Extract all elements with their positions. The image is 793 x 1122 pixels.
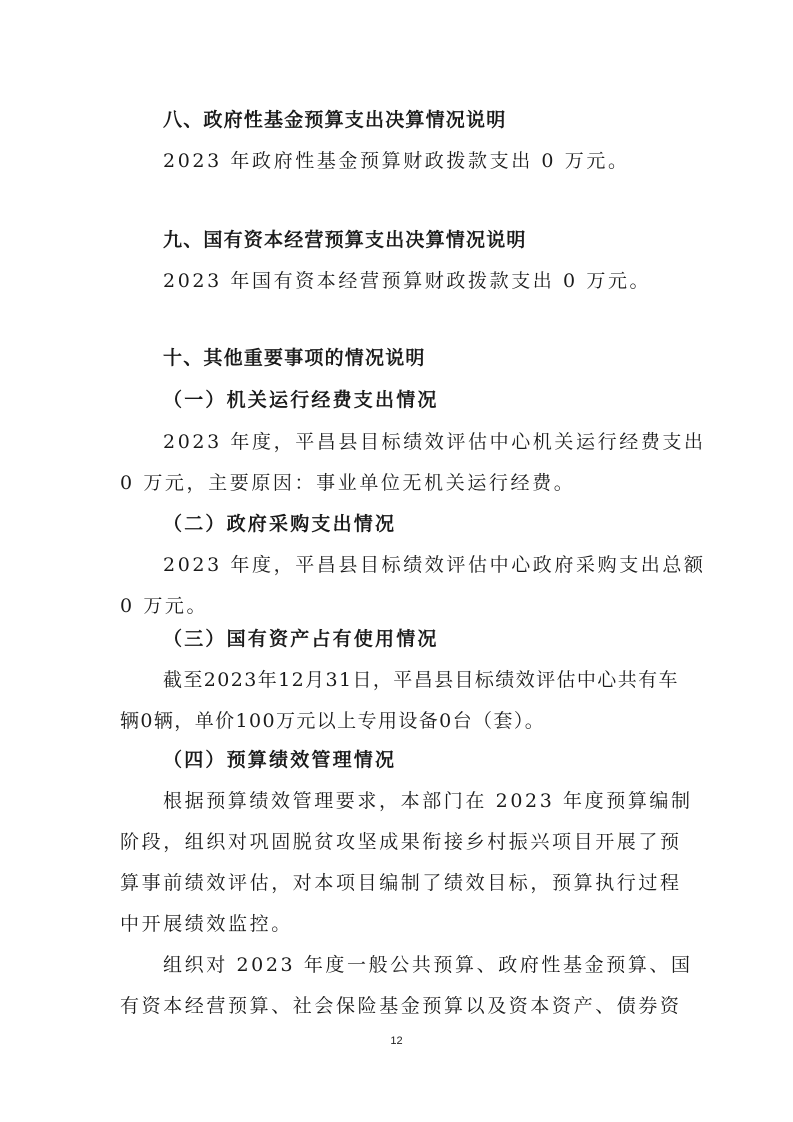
subsection-heading-3: （三）国有资产占有使用情况 (163, 627, 723, 651)
paragraph-line: 2023 年国有资本经营预算财政拨款支出 0 万元。 (163, 269, 723, 293)
paragraph-line: 0 万元，主要原因：事业单位无机关运行经费。 (120, 471, 680, 495)
paragraph-line: 2023 年度，平昌县目标绩效评估中心机关运行经费支出 (163, 430, 723, 454)
subsection-heading-4: （四）预算绩效管理情况 (163, 748, 723, 772)
paragraph-line: 有资本经营预算、社会保险基金预算以及资本资产、债券资 (120, 994, 680, 1018)
paragraph-line: 0 万元。 (120, 594, 680, 618)
paragraph-line: 组织对 2023 年度一般公共预算、政府性基金预算、国 (163, 953, 723, 977)
section-heading-10: 十、其他重要事项的情况说明 (163, 346, 723, 370)
paragraph-line: 2023 年度，平昌县目标绩效评估中心政府采购支出总额 (163, 553, 723, 577)
subsection-heading-1: （一）机关运行经费支出情况 (163, 388, 723, 412)
paragraph-line: 根据预算绩效管理要求，本部门在 2023 年度预算编制 (163, 789, 723, 813)
paragraph-line: 中开展绩效监控。 (120, 912, 680, 936)
paragraph-line: 2023 年政府性基金预算财政拨款支出 0 万元。 (163, 149, 723, 173)
paragraph-line: 阶段，组织对巩固脱贫攻坚成果衔接乡村振兴项目开展了预 (120, 830, 680, 854)
section-heading-9: 九、国有资本经营预算支出决算情况说明 (163, 228, 723, 252)
subsection-heading-2: （二）政府采购支出情况 (163, 512, 723, 536)
section-heading-8: 八、政府性基金预算支出决算情况说明 (163, 108, 723, 132)
page-number: 12 (0, 1035, 793, 1047)
paragraph-line: 截至2023年12月31日，平昌县目标绩效评估中心共有车 (163, 668, 723, 692)
paragraph-line: 算事前绩效评估，对本项目编制了绩效目标，预算执行过程 (120, 871, 680, 895)
paragraph-line: 辆0辆，单价100万元以上专用设备0台（套）。 (120, 709, 680, 733)
document-page: 八、政府性基金预算支出决算情况说明 2023 年政府性基金预算财政拨款支出 0 … (0, 0, 793, 1122)
